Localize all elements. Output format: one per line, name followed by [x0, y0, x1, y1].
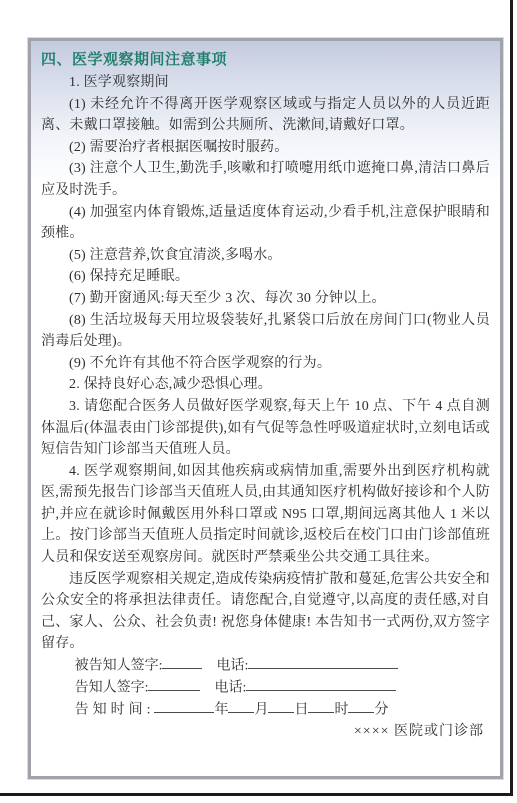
paragraph-item-5: (5) 注意营养,饮食宜清淡,多喝水。: [41, 245, 490, 267]
time-blank-hour: [308, 699, 334, 713]
time-blank-day: [268, 699, 294, 713]
time-unit-day: 日: [294, 702, 308, 717]
paragraph-subheading-1: 1. 医学观察期间: [41, 72, 490, 94]
paragraph-subheading-4: 4. 医学观察期间,如因其他疾病或病情加重,需要外出到医疗机构就医,需预先报告门…: [41, 461, 490, 569]
informer-phone-label: 电话:: [214, 680, 246, 695]
paragraph-item-9: (9) 不允许有其他不符合医学观察的行为。: [41, 353, 490, 375]
signature-row-informer: 告知人签字:电话:: [75, 677, 490, 699]
informer-signature-label: 告知人签字:: [75, 680, 149, 695]
signature-row-informed: 被告知人签字:电话:: [75, 655, 490, 677]
time-unit-month: 月: [254, 702, 268, 717]
informed-phone-blank: [248, 655, 398, 669]
signature-row-time: 告知时间:年月日时分: [75, 699, 490, 721]
paragraph-subheading-2: 2. 保持良好心态,减少恐惧心理。: [41, 374, 490, 396]
time-unit-year: 年: [214, 702, 228, 717]
informed-signature-blank: [162, 655, 202, 669]
paragraph-item-2: (2) 需要治疗者根据医嘱按时服药。: [41, 137, 490, 159]
informer-phone-blank: [246, 677, 396, 691]
paragraph-item-8: (8) 生活垃圾每天用垃圾袋装好,扎紧袋口后放在房间门口(物业人员消毒后处理)。: [41, 310, 490, 353]
hospital-footer: ×××× 医院或门诊部: [41, 721, 490, 743]
time-label: 告知时间:: [75, 702, 155, 717]
time-unit-minute: 分: [374, 702, 388, 717]
informed-signature-label: 被告知人签字:: [75, 658, 163, 673]
paragraph-item-6: (6) 保持充足睡眠。: [41, 266, 490, 288]
time-blank-month: [228, 699, 254, 713]
time-unit-hour: 时: [334, 702, 348, 717]
informed-phone-label: 电话:: [216, 658, 248, 673]
paragraph-subheading-3: 3. 请您配合医务人员做好医学观察,每天上午 10 点、下午 4 点自测体温后(…: [41, 396, 490, 461]
page-edge-bottom-line: [0, 793, 513, 796]
paragraph-item-4: (4) 加强室内体育锻炼,适量适度体育运动,少看手机,注意保护眼睛和颈椎。: [41, 202, 490, 245]
section-title: 四、医学观察期间注意事项: [41, 48, 490, 72]
time-blank-year: [154, 699, 214, 713]
paragraph-item-3: (3) 注意个人卫生,勤洗手,咳嗽和打喷嚏用纸巾遮掩口鼻,清洁口鼻后应及时洗手。: [41, 158, 490, 201]
page-edge-right-line: [510, 0, 513, 795]
paragraph-closing: 违反医学观察相关规定,造成传染病疫情扩散和蔓延,危害公共安全和公众安全的将承担法…: [41, 569, 490, 655]
notice-box: 四、医学观察期间注意事项 1. 医学观察期间 (1) 未经允许不得离开医学观察区…: [28, 38, 503, 779]
paragraph-item-7: (7) 勤开窗通风:每天至少 3 次、每次 30 分钟以上。: [41, 288, 490, 310]
informer-signature-blank: [148, 677, 200, 691]
scanned-page: { "page": { "title": "四、医学观察期间注意事项", "pa…: [0, 0, 517, 803]
time-blank-minute: [348, 699, 374, 713]
paragraph-item-1: (1) 未经允许不得离开医学观察区域或与指定人员以外的人员近距离、未戴口罩接触。…: [41, 94, 490, 137]
